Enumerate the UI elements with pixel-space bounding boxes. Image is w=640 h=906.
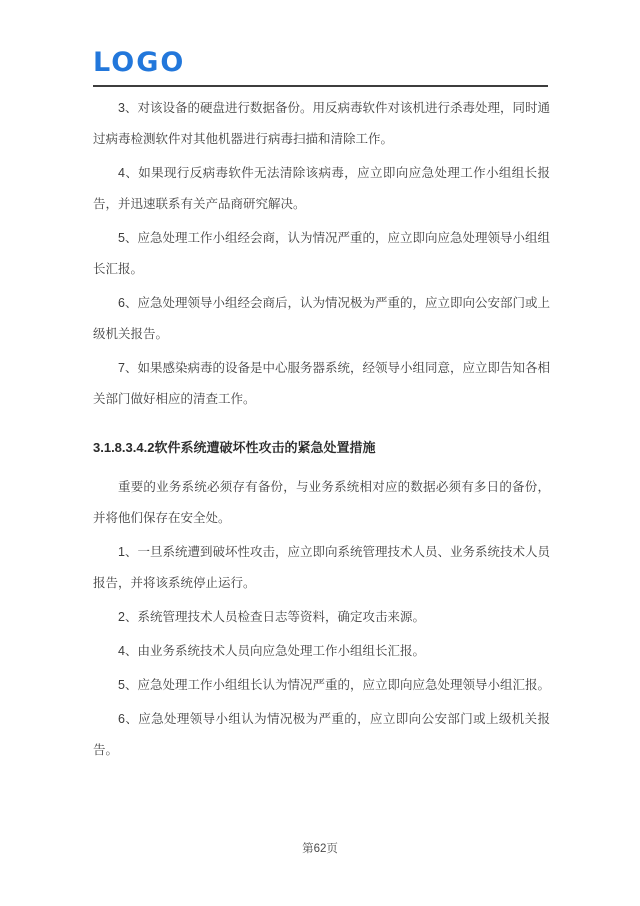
document-page: LOGO 3、对该设备的硬盘进行数据备份。用反病毒软件对该机进行杀毒处理，同时通…	[0, 0, 640, 906]
body-paragraph: 7、如果感染病毒的设备是中心服务器系统，经领导小组同意，应立即告知各相关部门做好…	[93, 353, 550, 415]
body-paragraph: 重要的业务系统必须存有备份，与业务系统相对应的数据必须有多日的备份，并将他们保存…	[93, 472, 550, 534]
body-paragraph: 4、由业务系统技术人员向应急处理工作小组组长汇报。	[93, 636, 550, 667]
body-paragraph: 3、对该设备的硬盘进行数据备份。用反病毒软件对该机进行杀毒处理，同时通过病毒检测…	[93, 93, 550, 155]
logo-text: LOGO	[93, 48, 185, 78]
body-paragraph: 2、系统管理技术人员检查日志等资料，确定攻击来源。	[93, 602, 550, 633]
section-heading: 3.1.8.3.4.2软件系统遭破坏性攻击的紧急处置措施	[93, 432, 550, 463]
body-paragraph: 6、应急处理领导小组认为情况极为严重的，应立即向公安部门或上级机关报告。	[93, 704, 550, 766]
document-body: 3、对该设备的硬盘进行数据备份。用反病毒软件对该机进行杀毒处理，同时通过病毒检测…	[0, 87, 640, 766]
body-paragraph: 5、应急处理工作小组经会商，认为情况严重的，应立即向应急处理领导小组组长汇报。	[93, 223, 550, 285]
body-paragraph: 6、应急处理领导小组经会商后，认为情况极为严重的，应立即向公安部门或上级机关报告…	[93, 288, 550, 350]
body-paragraph: 5、应急处理工作小组组长认为情况严重的，应立即向应急处理领导小组汇报。	[93, 670, 550, 701]
body-paragraph: 1、一旦系统遭到破坏性攻击，应立即向系统管理技术人员、业务系统技术人员报告，并将…	[93, 537, 550, 599]
document-header: LOGO	[0, 0, 640, 87]
page-number: 第62页	[0, 840, 640, 856]
body-paragraph: 4、如果现行反病毒软件无法清除该病毒，应立即向应急处理工作小组组长报告，并迅速联…	[93, 158, 550, 220]
